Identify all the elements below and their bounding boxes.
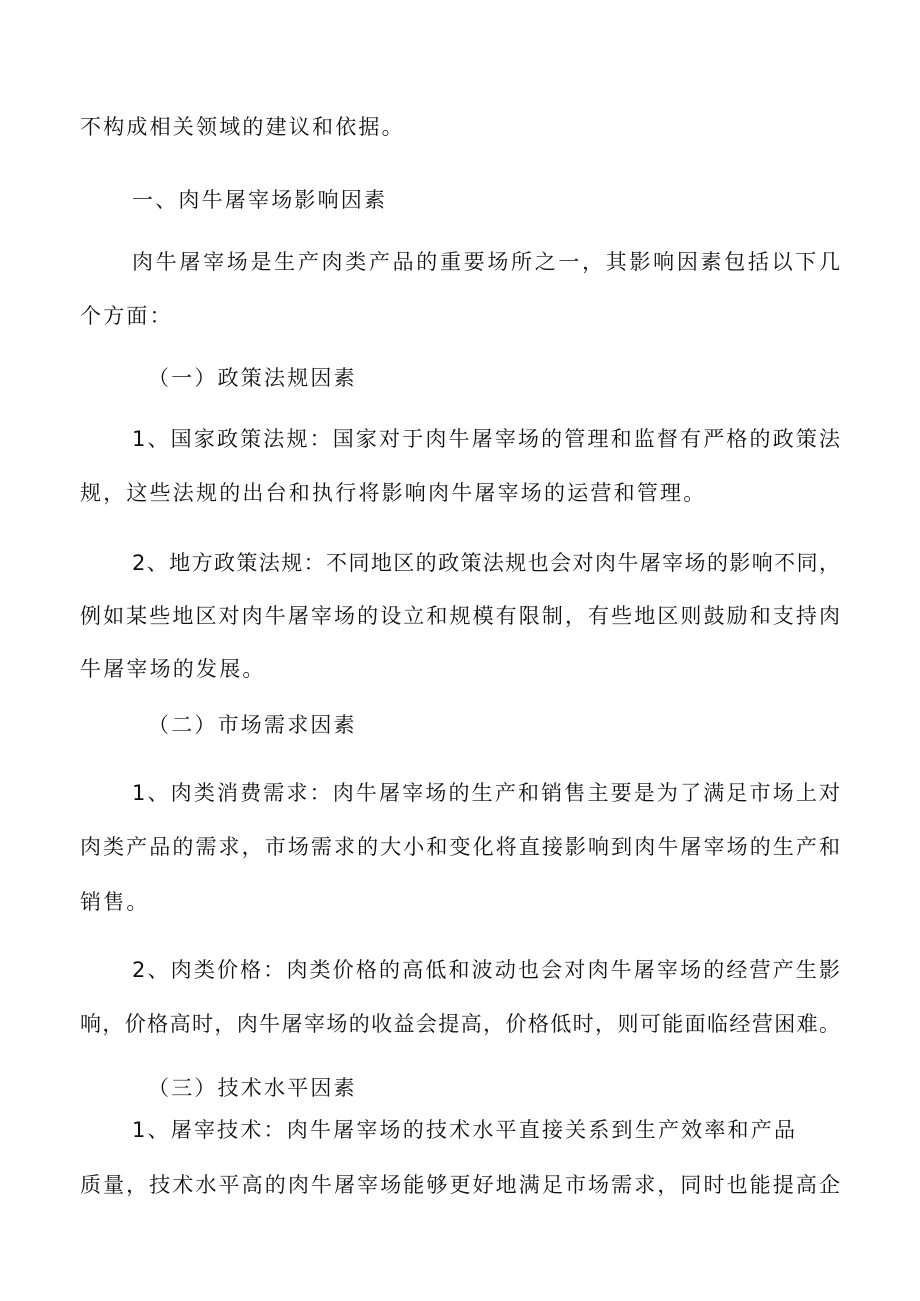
subsection-heading: （三）技术水平因素 xyxy=(148,1073,908,1103)
paragraph-line: 肉牛屠宰场是生产肉类产品的重要场所之一，其影响因素包括以下几 xyxy=(132,247,840,277)
paragraph-line: 牛屠宰场的发展。 xyxy=(80,654,840,684)
paragraph-line: 1、国家政策法规：国家对于肉牛屠宰场的管理和监督有严格的政策法 xyxy=(132,424,840,454)
paragraph-line: 响，价格高时，肉牛屠宰场的收益会提高，价格低时，则可能面临经营困难。 xyxy=(80,1009,840,1039)
paragraph-line: 质量，技术水平高的肉牛屠宰场能够更好地满足市场需求，同时也能提高企 xyxy=(80,1170,840,1200)
subsection-heading: （一）政策法规因素 xyxy=(148,363,908,393)
paragraph-line: 例如某些地区对肉牛屠宰场的设立和规模有限制，有些地区则鼓励和支持肉 xyxy=(80,601,840,631)
paragraph-line: 2、地方政策法规：不同地区的政策法规也会对肉牛屠宰场的影响不同， xyxy=(132,548,840,578)
paragraph-line: 肉类产品的需求，市场需求的大小和变化将直接影响到肉牛屠宰场的生产和 xyxy=(80,832,840,862)
paragraph-line: 销售。 xyxy=(80,887,840,917)
paragraph-line: 不构成相关领域的建议和依据。 xyxy=(80,112,840,142)
paragraph-line: 个方面： xyxy=(80,301,840,331)
subsection-heading: （二）市场需求因素 xyxy=(148,710,908,740)
paragraph-line: 1、肉类消费需求：肉牛屠宰场的生产和销售主要是为了满足市场上对 xyxy=(132,778,840,808)
paragraph-line: 2、肉类价格：肉类价格的高低和波动也会对肉牛屠宰场的经营产生影 xyxy=(132,955,840,985)
section-heading: 一、肉牛屠宰场影响因素 xyxy=(132,185,840,215)
paragraph-line: 1、屠宰技术：肉牛屠宰场的技术水平直接关系到生产效率和产品 xyxy=(132,1115,840,1145)
paragraph-line: 规，这些法规的出台和执行将影响肉牛屠宰场的运营和管理。 xyxy=(80,478,840,508)
